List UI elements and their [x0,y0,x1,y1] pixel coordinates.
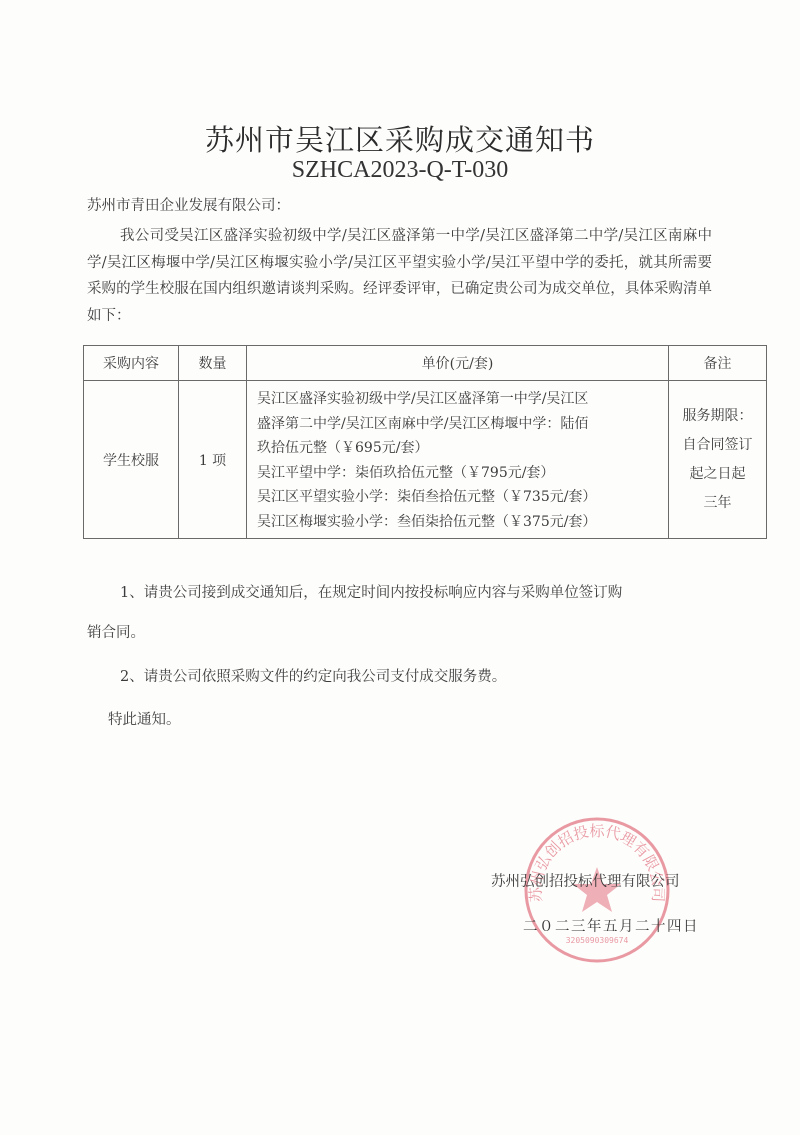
header-remarks: 备注 [669,346,767,381]
cell-item: 学生校服 [84,381,179,539]
note-2: 2、请贵公司依照采购文件的约定向我公司支付成交服务费。 [120,664,506,690]
remark-line: 三年 [669,489,766,518]
price-line: 吴江平望中学：柒佰玖拾伍元整（￥795元/套） [257,461,668,486]
remark-line: 自合同签订 [669,431,766,460]
price-line: 盛泽第二中学/吴江区南麻中学/吴江区梅堰中学：陆佰 [257,412,668,437]
header-item: 采购内容 [84,346,179,381]
header-quantity: 数量 [179,346,247,381]
cell-unit-price: 吴江区盛泽实验初级中学/吴江区盛泽第一中学/吴江区 盛泽第二中学/吴江区南麻中学… [247,381,669,539]
note-1-line-2: 销合同。 [87,620,717,646]
cell-quantity: 1 项 [179,381,247,539]
remark-line: 服务期限： [669,402,766,431]
document-code: SZHCA2023-Q-T-030 [0,157,800,184]
closing-text: 特此通知。 [108,707,181,733]
svg-text:3205090309674: 3205090309674 [566,936,629,945]
note-1-line-1: 1、请贵公司接到成交通知后，在规定时间内按投标响应内容与采购单位签订购 [87,580,717,606]
remark-line: 起之日起 [669,460,766,489]
header-unit-price: 单价(元/套) [247,346,669,381]
cell-remarks: 服务期限： 自合同签订 起之日起 三年 [669,381,767,539]
signature-company: 苏州弘创招投标代理有限公司 [491,870,680,891]
intro-text: 我公司受吴江区盛泽实验初级中学/吴江区盛泽第一中学/吴江区盛泽第二中学/吴江区南… [87,223,712,329]
price-line: 吴江区盛泽实验初级中学/吴江区盛泽第一中学/吴江区 [257,387,668,412]
price-line: 玖拾伍元整（￥695元/套） [257,436,668,461]
document-title: 苏州市吴江区采购成交通知书 [0,118,800,159]
addressee: 苏州市青田企业发展有限公司： [87,193,290,219]
price-line: 吴江区平望实验小学：柒佰叁拾伍元整（￥735元/套） [257,485,668,510]
procurement-table: 采购内容 数量 单价(元/套) 备注 学生校服 1 项 吴江区盛泽实验初级中学/… [83,345,767,539]
signature-date: 二０二三年五月二十四日 [523,915,699,936]
table-row: 学生校服 1 项 吴江区盛泽实验初级中学/吴江区盛泽第一中学/吴江区 盛泽第二中… [84,381,767,539]
price-line: 吴江区梅堰实验小学：叁佰柒拾伍元整（￥375元/套） [257,510,668,535]
note-1: 1、请贵公司接到成交通知后，在规定时间内按投标响应内容与采购单位签订购 销合同。 [87,580,717,646]
intro-paragraph: 我公司受吴江区盛泽实验初级中学/吴江区盛泽第一中学/吴江区盛泽第二中学/吴江区南… [87,223,712,329]
table-header-row: 采购内容 数量 单价(元/套) 备注 [84,346,767,381]
